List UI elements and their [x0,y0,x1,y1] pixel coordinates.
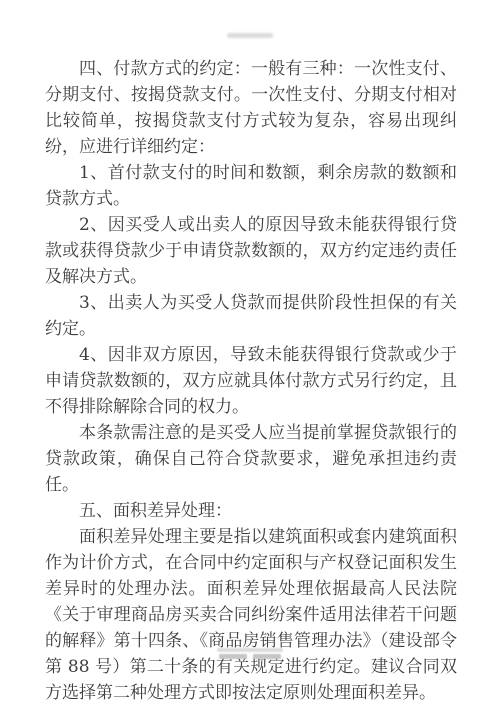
paragraph-item-2: 2、因买受人或出卖人的原因导致未能获得银行贷款或获得贷款少于申请贷款数额的，双方… [45,212,457,290]
bottom-watermark-line1 [217,648,283,652]
top-watermark-smudge [227,33,273,38]
paragraph-item-3: 3、出卖人为买受人贷款而提供阶段性担保的有关约定。 [45,290,457,342]
paragraph-clause-note: 本条款需注意的是买受人应当提前掌握贷款银行的贷款政策，确保自己符合贷款要求，避免… [45,420,457,498]
paragraph-payment-method-heading: 四、付款方式的约定：一般有三种：一次性支付、分期支付、按揭贷款支付。一次性支付、… [45,56,457,160]
document-body: 四、付款方式的约定：一般有三种：一次性支付、分期支付、按揭贷款支付。一次性支付、… [45,56,457,706]
paragraph-item-1: 1、首付款支付的时间和数额，剩余房款的数额和贷款方式。 [45,160,457,212]
bottom-watermark-segment [219,654,247,659]
paragraph-area-difference-heading: 五、面积差异处理： [45,498,457,524]
bottom-watermark-segment [253,654,281,659]
document-page: 四、付款方式的约定：一般有三种：一次性支付、分期支付、按揭贷款支付。一次性支付、… [0,0,500,707]
bottom-watermark-smudge [217,648,283,659]
bottom-watermark-line2 [219,654,281,659]
paragraph-area-difference-body: 面积差异处理主要是指以建筑面积或套内建筑面积作为计价方式，在合同中约定面积与产权… [45,524,457,706]
paragraph-item-4: 4、因非双方原因，导致未能获得银行贷款或少于申请贷款数额的，双方应就具体付款方式… [45,342,457,420]
